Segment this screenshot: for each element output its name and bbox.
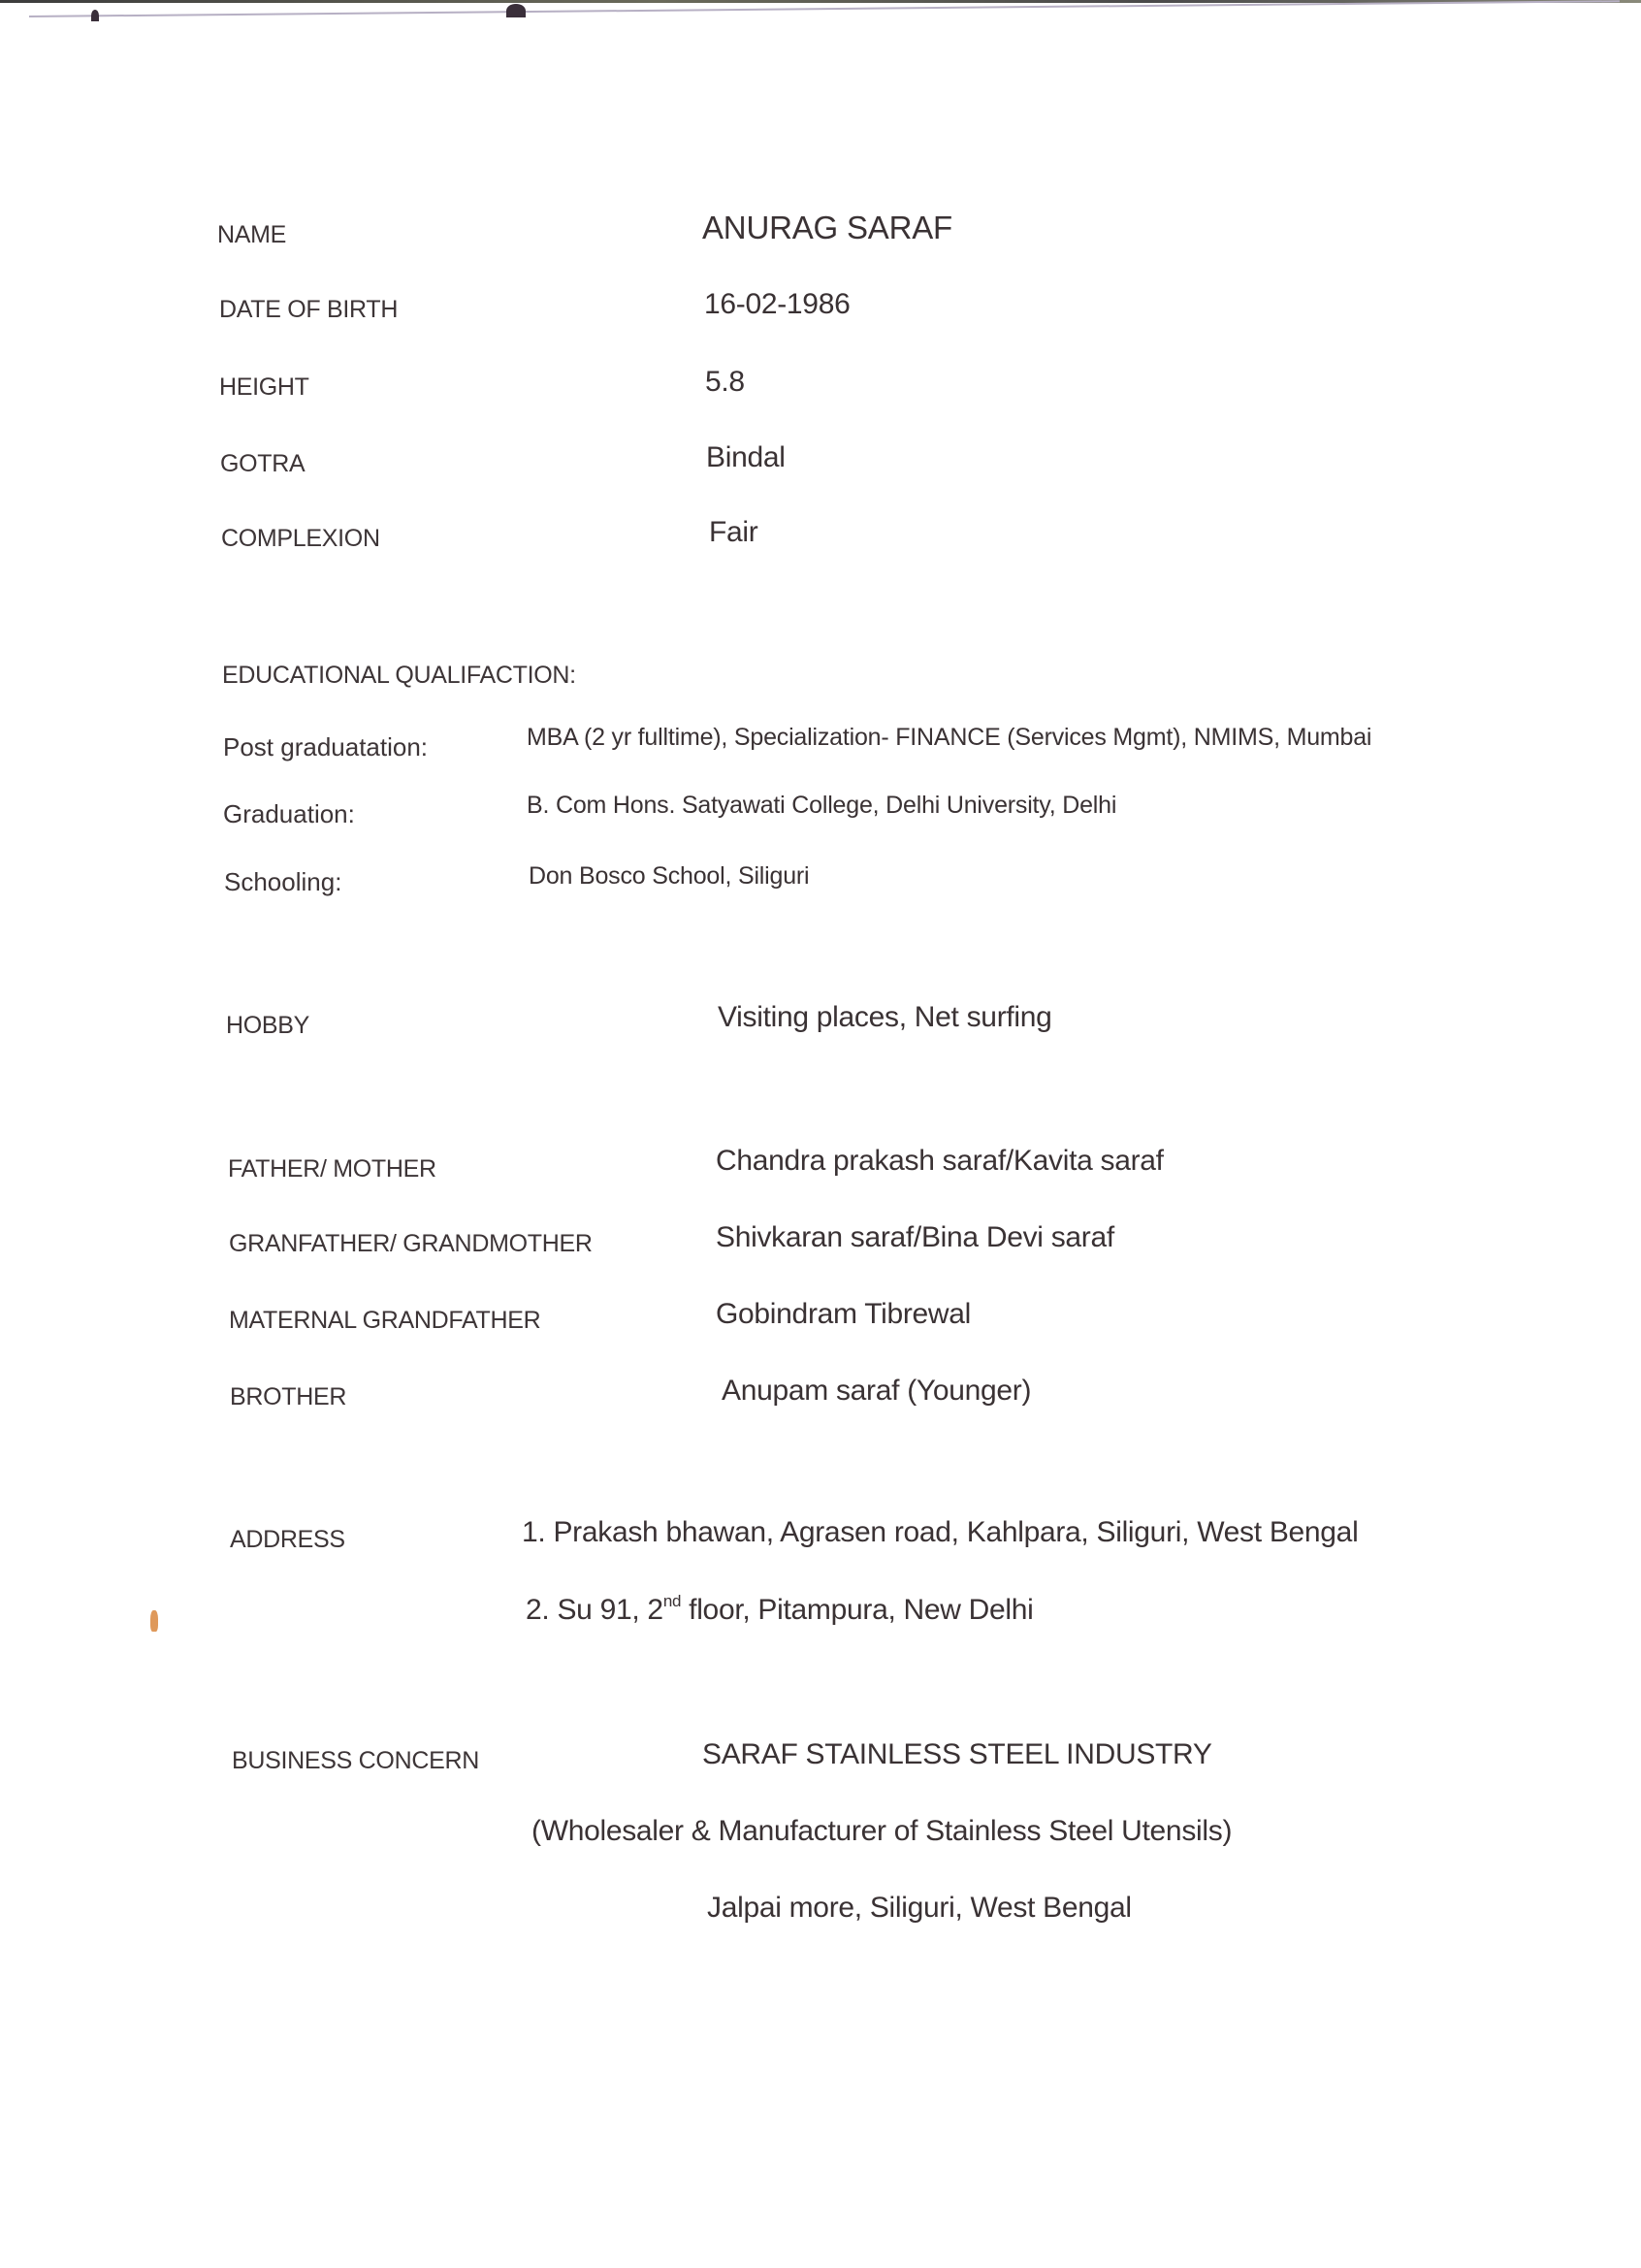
schooling-value: Don Bosco School, Siliguri (529, 864, 809, 889)
scan-mark-left (91, 10, 99, 21)
hobby-label: HOBBY (226, 1014, 309, 1038)
father-mother-value: Chandra prakash saraf/Kavita saraf (716, 1147, 1164, 1176)
dob-label: DATE OF BIRTH (219, 298, 398, 322)
scan-mark-center (506, 4, 526, 17)
graduation-label: Graduation: (223, 801, 355, 826)
maternal-grandfather-value: Gobindram Tibrewal (716, 1300, 971, 1329)
hobby-value: Visiting places, Net surfing (718, 1003, 1052, 1032)
business-description: (Wholesaler & Manufacturer of Stainless … (531, 1817, 1232, 1846)
graduation-value: B. Com Hons. Satyawati College, Delhi Un… (527, 794, 1116, 818)
business-label: BUSINESS CONCERN (232, 1749, 479, 1773)
business-location: Jalpai more, Siliguri, West Bengal (707, 1894, 1132, 1923)
grandparents-value: Shivkaran saraf/Bina Devi saraf (716, 1223, 1114, 1252)
business-name: SARAF STAINLESS STEEL INDUSTRY (702, 1740, 1212, 1769)
height-value: 5.8 (705, 368, 745, 397)
address-line-2: 2. Su 91, 2nd floor, Pitampura, New Delh… (526, 1596, 1034, 1625)
complexion-label: COMPLEXION (221, 527, 380, 551)
gotra-value: Bindal (706, 443, 786, 472)
grandparents-label: GRANFATHER/ GRANDMOTHER (229, 1232, 593, 1256)
address-line-2-prefix: 2. Su 91, 2 (526, 1594, 663, 1626)
height-label: HEIGHT (219, 375, 309, 400)
dob-value: 16-02-1986 (704, 290, 850, 319)
maternal-grandfather-label: MATERNAL GRANDFATHER (229, 1309, 540, 1333)
brother-value: Anupam saraf (Younger) (722, 1377, 1031, 1406)
brother-label: BROTHER (230, 1385, 346, 1409)
father-mother-label: FATHER/ MOTHER (228, 1157, 436, 1182)
address-line-2-suffix: floor, Pitampura, New Delhi (681, 1594, 1033, 1626)
post-graduation-label: Post graduatation: (223, 734, 428, 760)
address-label: ADDRESS (230, 1528, 345, 1552)
ordinal-suffix: nd (663, 1592, 681, 1610)
complexion-value: Fair (709, 518, 757, 547)
name-label: NAME (217, 223, 286, 247)
schooling-label: Schooling: (224, 869, 341, 894)
education-heading: EDUCATIONAL QUALIFACTION: (222, 664, 576, 688)
post-graduation-value: MBA (2 yr fulltime), Specialization- FIN… (527, 726, 1371, 750)
gotra-label: GOTRA (220, 452, 305, 476)
stain-speck (150, 1610, 158, 1632)
address-line-1: 1. Prakash bhawan, Agrasen road, Kahlpar… (522, 1518, 1358, 1547)
name-value: ANURAG SARAF (702, 211, 952, 243)
